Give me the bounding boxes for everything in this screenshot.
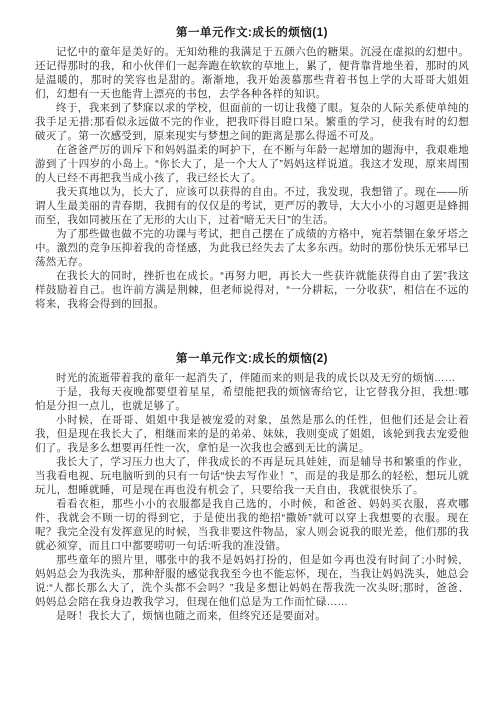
essay-paragraph: 看看衣柜，那些小小的衣服都是我自己选的，小时候，和爸爸、妈妈买衣服，喜欢哪件，我… bbox=[35, 497, 469, 553]
essay-paragraph: 为了那些做也做不完的功课与考试，把自己摆在了成绩的方格中，宛若禁锢在象牙塔之中。… bbox=[35, 227, 469, 269]
essay-paragraph: 在我长大的同时，挫折也在成长。“再努力吧，再长大一些获许就能获得自由了罢”我这样… bbox=[35, 269, 469, 311]
essay-paragraph: 那些童年的照片里，哪张中的我不是妈妈打扮的，但是如今再也没有时间了;小时候，妈妈… bbox=[35, 553, 469, 609]
essay-paragraph: 我天真地以为，长大了，应该可以获得的自由。不过，我发现，我想错了。现在——所谓人… bbox=[35, 185, 469, 227]
essay-paragraph: 在爸爸严厉的训斥下和妈妈温柔的呵护下，在不断与年龄一起增加的题海中，我艰难地游到… bbox=[35, 143, 469, 185]
essay-paragraph: 记忆中的童年是美好的。无知幼稚的我满足于五颜六色的糖果。沉浸在虚拟的幻想中。还记… bbox=[35, 45, 469, 101]
essay-title: 第一单元作文:成长的烦恼(2) bbox=[35, 352, 469, 366]
essay-paragraph: 是呀！我长大了，烦恼也随之而来，但终究还是要面对。 bbox=[35, 609, 469, 623]
essay-paragraph: 时光的流逝带着我的童年一起消失了，伴随而来的则是我的成长以及无穷的烦恼…… bbox=[35, 371, 469, 385]
essay-2: 第一单元作文:成长的烦恼(2) 时光的流逝带着我的童年一起消失了，伴随而来的则是… bbox=[35, 352, 469, 623]
essay-title: 第一单元作文:成长的烦恼(1) bbox=[35, 26, 469, 40]
essay-paragraph: 小时候，在哥哥、姐姐中我是被宠爱的对象，虽然是那么的任性，但他们还是会让着我，但… bbox=[35, 413, 469, 455]
essay-1: 第一单元作文:成长的烦恼(1) 记忆中的童年是美好的。无知幼稚的我满足于五颜六色… bbox=[35, 26, 469, 311]
document-page: 第一单元作文:成长的烦恼(1) 记忆中的童年是美好的。无知幼稚的我满足于五颜六色… bbox=[0, 0, 500, 707]
essay-paragraph: 终于，我来到了梦寐以求的学校，但面前的一切让我傻了眼。复杂的人际关系使单纯的我手… bbox=[35, 101, 469, 143]
essay-paragraph: 于是，我每天夜晚都要望着星星，希望能把我的烦恼寄给它，让它替我分担，我想:哪怕是… bbox=[35, 385, 469, 413]
essay-paragraph: 我长大了，学习压力也大了，伴我成长的不再是玩具娃娃，而是辅导书和繁重的作业，当我… bbox=[35, 455, 469, 497]
